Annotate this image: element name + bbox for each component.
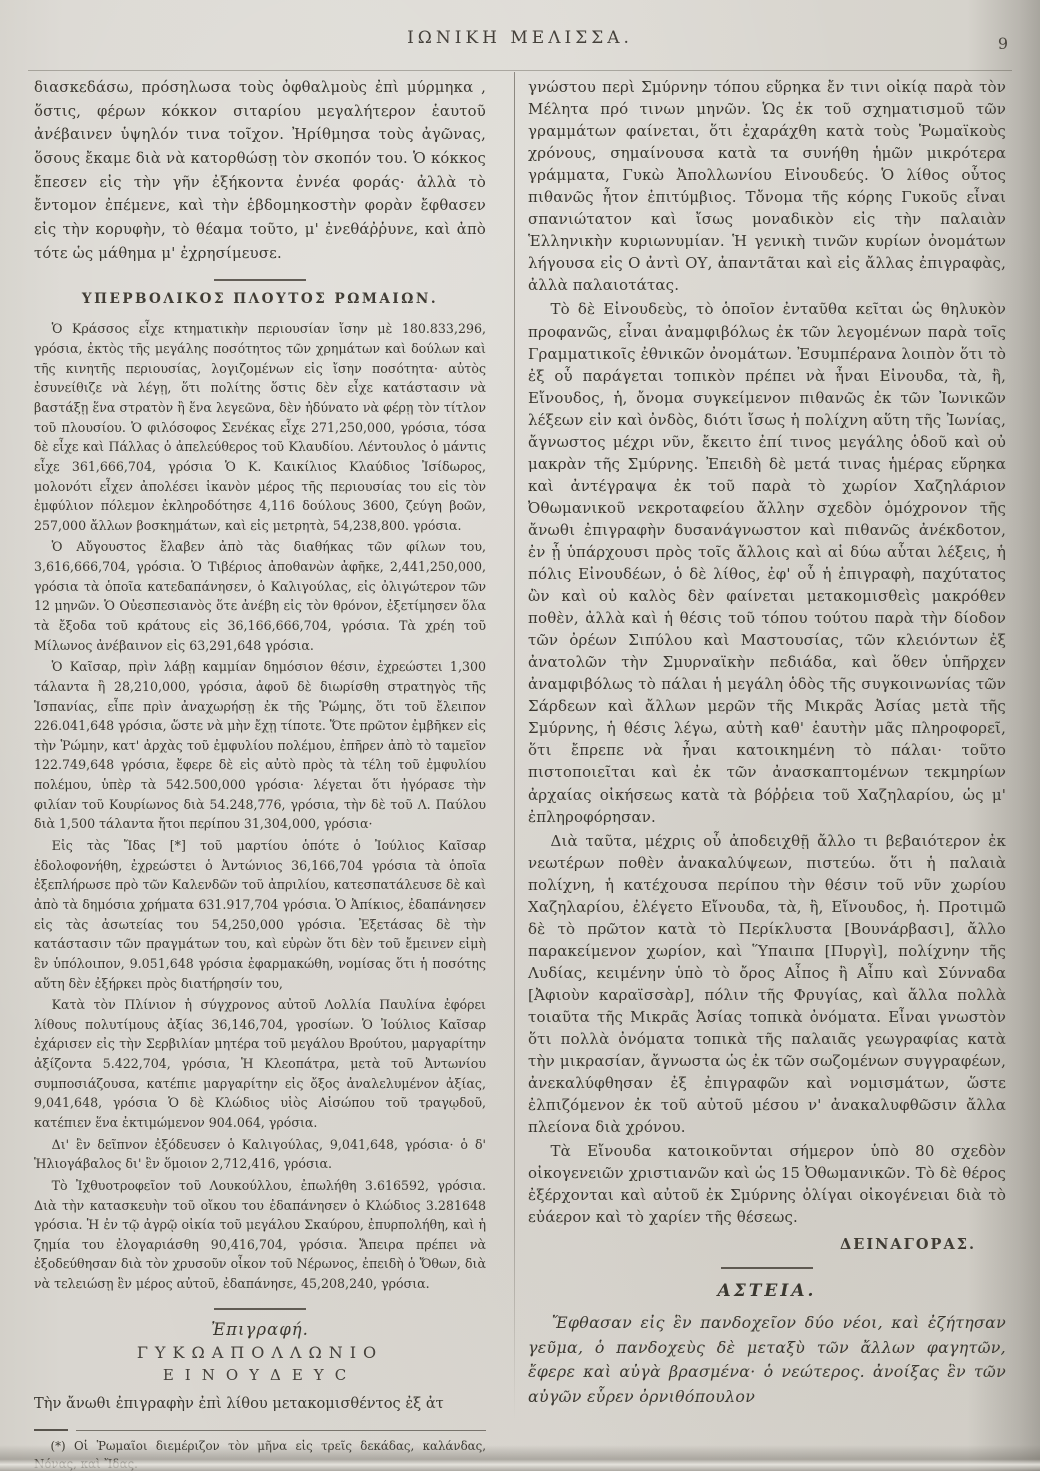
scanned-newspaper-page: ΙΩΝΙΚΗ ΜΕΛΙΣΣΑ. 9 διασκεδάσω, πρόσηλωσα … (0, 0, 1040, 1471)
article-paragraph: Τὸ Ἰχθυοτροφεῖον τοῦ Λουκούλλου, ἐπωλήθη… (34, 1176, 486, 1294)
footnote-dash (34, 1429, 68, 1431)
article-paragraph: Δι' ἓν δεῖπνον ἐξόδευσεν ὁ Καλιγούλας, 9… (34, 1135, 486, 1174)
page-number: 9 (998, 34, 1008, 53)
article-paragraph: Τὴν ἄνωθι ἐπιγραφὴν ἐπὶ λίθου μετακομισθ… (34, 1392, 486, 1415)
article-paragraph: Ὁ Αὔγουστος ἔλαβεν ἀπὸ τὰς διαθήκας τῶν … (34, 537, 486, 655)
section-asteia: ΑΣΤΕΙΑ. Ἔφθασαν εἰς ἓν πανδοχεῖον δύο νέ… (528, 1281, 1006, 1409)
epigraph-text: Τὴν ἄνωθι ἐπιγραφὴν ἐπὶ λίθου μετακομισθ… (34, 1392, 486, 1415)
inscription-line: ΕΙΝΟΥΔΕΥC (34, 1366, 486, 1384)
left-column: διασκεδάσω, πρόσηλωσα τοὺς ὀφθαλμοὺς ἐπὶ… (34, 76, 506, 1446)
article-paragraph: γνώστου περὶ Σμύρνην τόπου εὕρηκα ἔν τιν… (528, 76, 1006, 296)
section-heading-asteia: ΑΣΤΕΙΑ. (528, 1281, 1006, 1301)
article-paragraph: Διὰ ταῦτα, μέχρις οὗ ἀποδειχθῇ ἄλλο τι β… (528, 830, 1006, 1139)
article-paragraph: Εἰς τὰς Ἴδας [*] τοῦ μαρτίου ὁπότε ὁ Ἰού… (34, 836, 486, 993)
ant-anecdote-continuation: διασκεδάσω, πρόσηλωσα τοὺς ὀφθαλμοὺς ἐπὶ… (34, 76, 486, 265)
section-divider (721, 1267, 813, 1269)
section-heading-wealth: ΥΠΕΡΒΟΛΙΚΟΣ ΠΛΟΥΤΟΣ ΡΩΜΑΙΩΝ. (34, 291, 486, 307)
section-divider (214, 1308, 306, 1310)
page-title: ΙΩΝΙΚΗ ΜΕΛΙΣΣΑ. (0, 28, 1040, 48)
article-paragraph: Ὁ Κράσσος εἶχε κτηματικὴν περιουσίαν ἴση… (34, 319, 486, 535)
article-paragraph: διασκεδάσω, πρόσηλωσα τοὺς ὀφθαλμοὺς ἐπὶ… (34, 76, 486, 265)
article-paragraph: Κατὰ τὸν Πλίνιον ἡ σύγχρονος αὐτοῦ Λολλί… (34, 995, 486, 1132)
section-heading-epigraph: Ἐπιγραφή. (34, 1320, 486, 1339)
inscription-block: ΓΥΚΩΑΠΟΛΛΩΝΙΟ ΕΙΝΟΥΔΕΥC (34, 1343, 486, 1384)
header-rule (28, 70, 1012, 71)
footnote-text: (*) Οἱ Ῥωμαῖοι διεμέριζον τὸν μῆνα εἰς τ… (34, 1437, 486, 1471)
article-paragraph: Τὸ δὲ Εἰνουδεὺς, τὸ ὁποῖον ἐνταῦθα κεῖτα… (528, 298, 1006, 827)
section-epigraph: Ἐπιγραφή. ΓΥΚΩΑΠΟΛΛΩΝΙΟ ΕΙΝΟΥΔΕΥC Τὴν ἄν… (34, 1320, 486, 1415)
section-roman-wealth: ΥΠΕΡΒΟΛΙΚΟΣ ΠΛΟΥΤΟΣ ΡΩΜΑΙΩΝ. Ὁ Κράσσος ε… (34, 291, 486, 1293)
footnote-rule (34, 1429, 486, 1431)
article-paragraph: Ἔφθασαν εἰς ἓν πανδοχεῖον δύο νέοι, καὶ … (528, 1311, 1006, 1409)
footnote: (*) Οἱ Ῥωμαῖοι διεμέριζον τὸν μῆνα εἰς τ… (34, 1437, 486, 1471)
text-columns: διασκεδάσω, πρόσηλωσα τοὺς ὀφθαλμοὺς ἐπὶ… (34, 76, 1006, 1446)
author-signature: ΔΕΙΝΑΓΟΡΑΣ. (528, 1236, 976, 1253)
right-column: γνώστου περὶ Σμύρνην τόπου εὕρηκα ἔν τιν… (506, 76, 1006, 1446)
article-paragraph: Τὰ Εἴνουδα κατοικοῦνται σήμερον ὑπὸ 80 σ… (528, 1140, 1006, 1228)
page-header: ΙΩΝΙΚΗ ΜΕΛΙΣΣΑ. 9 (0, 28, 1040, 68)
article-paragraph: Ὁ Καῖσαρ, πρὶν λάβῃ καμμίαν δημόσιον θέσ… (34, 657, 486, 834)
inscription-line: ΓΥΚΩΑΠΟΛΛΩΝΙΟ (34, 1343, 486, 1362)
section-divider (214, 279, 306, 281)
footnote-line (76, 1430, 486, 1431)
